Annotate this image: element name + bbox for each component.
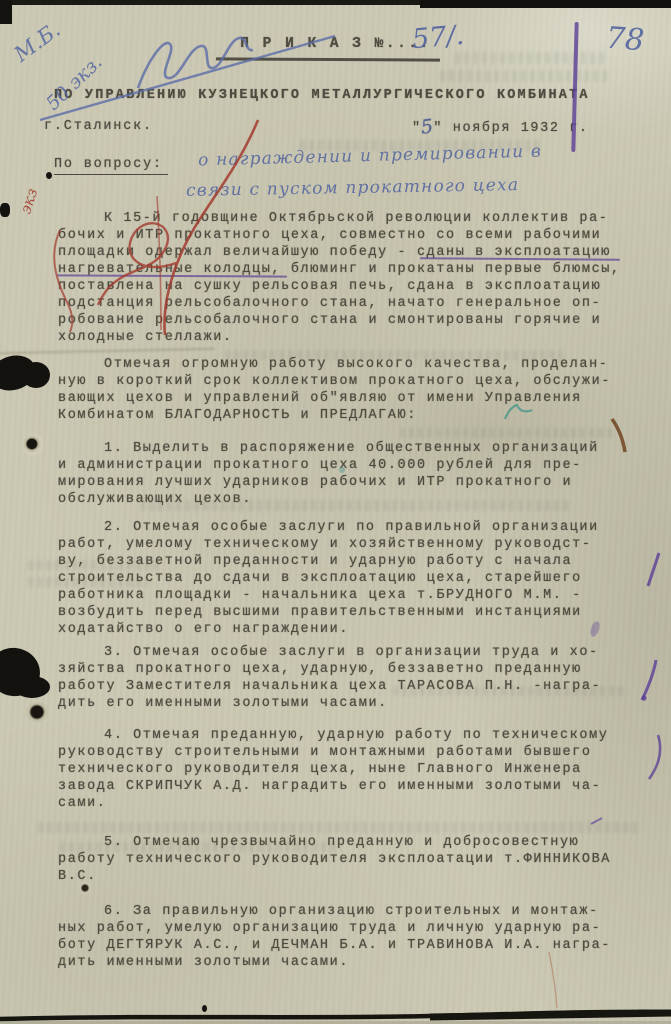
purple-slash xyxy=(642,660,656,700)
bottom-page-edge xyxy=(0,1012,671,1019)
date-day-handwritten: 5 xyxy=(419,115,435,139)
bleedthrough-ghost xyxy=(455,52,605,64)
purple-slash xyxy=(648,553,659,586)
subject-row: По вопросу: xyxy=(54,157,168,172)
date-line: "5" ноября 1932 г. xyxy=(412,116,589,138)
order-item-6: 6. За правильную организацию строительны… xyxy=(58,903,638,971)
document-page: П Р И К А З №.... ПО УПРАВЛЕНИЮ КУЗНЕЦКО… xyxy=(0,0,671,1024)
bottom-page-edge-thick xyxy=(430,1013,671,1017)
punch-hole xyxy=(22,362,50,388)
subject-handwritten-line1: о награждении и премировании в xyxy=(198,141,542,170)
subject-handwritten-line2: связи с пуском прокатного цеха xyxy=(186,175,520,201)
order-number-handwritten: 57/. xyxy=(411,20,466,55)
paragraph-intro: К 15-й годовщине Октябрьской революции к… xyxy=(58,210,638,346)
scan-edge-top-dark xyxy=(420,0,671,8)
order-title: П Р И К А З №.... xyxy=(0,36,671,52)
punch-hole xyxy=(14,676,50,698)
punch-hole xyxy=(22,434,44,456)
purple-dot xyxy=(641,695,646,700)
copies-note: 50 экз. xyxy=(42,51,107,114)
org-line: ПО УПРАВЛЕНИЮ КУЗНЕЦКОГО МЕТАЛЛУРГИЧЕСКО… xyxy=(54,88,590,103)
order-item-5: 5. Отмечаю чрезвычайно преданную и добро… xyxy=(58,834,638,885)
subject-label: По вопросу: xyxy=(54,157,168,175)
scan-edge-corner xyxy=(0,0,12,24)
bleedthrough-ghost xyxy=(400,428,615,438)
initials-note: М.Б. xyxy=(10,18,65,67)
date-rest: ноября 1932 г. xyxy=(443,121,589,136)
order-item-1: 1. Выделить в распоряжение общественных … xyxy=(58,440,638,508)
edge-fleck xyxy=(0,203,10,217)
bleedthrough-ghost xyxy=(38,822,638,833)
bleedthrough-ghost xyxy=(440,70,610,82)
city-line: г.Сталинск. xyxy=(44,119,153,134)
order-item-3: 3. Отмечая особые заслуги в организации … xyxy=(58,644,638,712)
title-underline xyxy=(216,57,440,61)
ink-speck xyxy=(202,1005,207,1012)
red-margin-note: экз xyxy=(16,186,41,216)
purple-slash xyxy=(649,735,660,779)
paper-crease xyxy=(0,348,215,355)
punch-hole xyxy=(24,702,50,722)
paragraph-gratitude: Отмечая огромную работу высокого качеств… xyxy=(58,356,638,424)
order-item-2: 2. Отмечая особые заслуги по правильной … xyxy=(58,519,638,638)
order-item-4: 4. Отмечая преданную, ударную работу по … xyxy=(58,727,638,812)
page-number-handwritten: 78 xyxy=(605,21,646,59)
ink-speck xyxy=(46,172,52,179)
